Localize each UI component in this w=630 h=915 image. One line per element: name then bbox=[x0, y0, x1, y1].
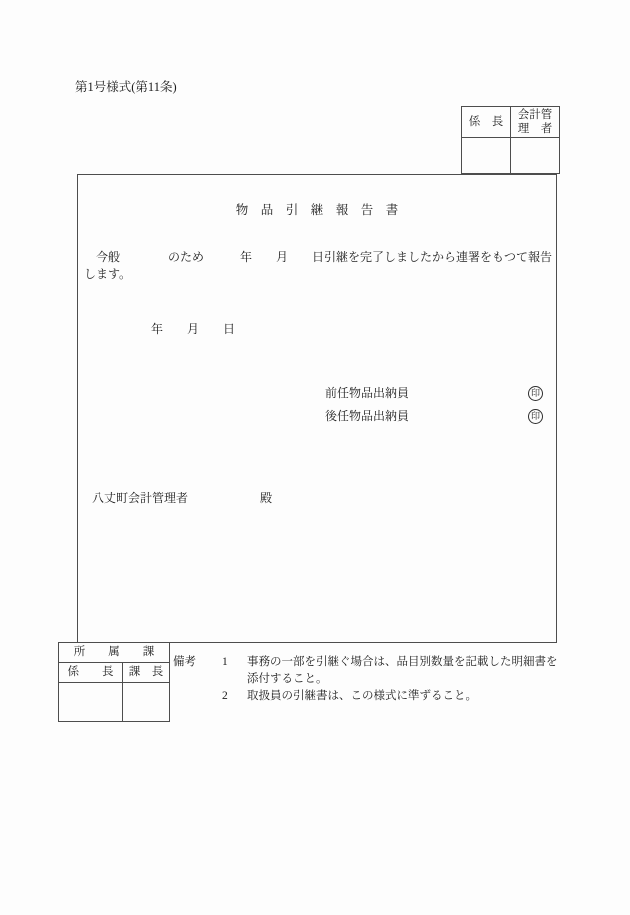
approval-stamp-cell-kakaricho bbox=[462, 138, 511, 174]
signature-row-successor: 後任物品出納員 印 bbox=[325, 409, 543, 424]
approval-header-kaikei-kanrisha: 会計管 理 者 bbox=[511, 107, 560, 138]
remark-text-1: 事務の一部を引継ぐ場合は、品目別数量を記載した明細書を 添付すること。 bbox=[247, 654, 558, 688]
document-title: 物 品 引 継 報 告 書 bbox=[77, 203, 557, 218]
remark-text-2: 取扱員の引継書は、この様式に準ずること。 bbox=[247, 688, 558, 705]
remark-item-1: 1 事務の一部を引継ぐ場合は、品目別数量を記載した明細書を 添付すること。 bbox=[222, 654, 558, 688]
seal-character: 印 bbox=[531, 412, 540, 421]
section-stamp-cell-kacho bbox=[123, 683, 170, 722]
approval-stamp-cell-kaikei-kanrisha bbox=[511, 138, 560, 174]
approval-stamp-table: 係 長 会計管 理 者 bbox=[461, 106, 560, 174]
remarks-block: 備考 1 事務の一部を引継ぐ場合は、品目別数量を記載した明細書を 添付すること。… bbox=[173, 654, 583, 705]
section-header-shozoku-ka: 所 属 課 bbox=[59, 643, 170, 663]
body-paragraph: 今般 のため 年 月 日引継を完了しましたから連署をもつて報告 します。 bbox=[84, 249, 560, 283]
remarks-items: 1 事務の一部を引継ぐ場合は、品目別数量を記載した明細書を 添付すること。 2 … bbox=[222, 654, 558, 705]
seal-icon: 印 bbox=[528, 386, 543, 401]
section-stamp-cell-kakaricho bbox=[59, 683, 123, 722]
section-cell-kacho: 課 長 bbox=[123, 663, 170, 683]
remark-number-1: 1 bbox=[222, 654, 234, 688]
remark-item-2: 2 取扱員の引継書は、この様式に準ずること。 bbox=[222, 688, 558, 705]
remark-number-2: 2 bbox=[222, 688, 234, 705]
seal-icon: 印 bbox=[528, 409, 543, 424]
section-approval-table: 所 属 課 係 長 課 長 bbox=[58, 642, 170, 722]
signature-label-successor: 後任物品出納員 bbox=[325, 409, 409, 424]
form-number-label: 第1号様式(第11条) bbox=[75, 80, 177, 94]
approval-header-kakaricho: 係 長 bbox=[462, 107, 511, 138]
signature-row-predecessor: 前任物品出納員 印 bbox=[325, 386, 543, 401]
seal-character: 印 bbox=[531, 389, 540, 398]
section-cell-kakaricho: 係 長 bbox=[59, 663, 123, 683]
addressee-line: 八丈町会計管理者 殿 bbox=[92, 491, 272, 506]
remarks-label: 備考 bbox=[173, 654, 197, 705]
signature-label-predecessor: 前任物品出納員 bbox=[325, 386, 409, 401]
date-line: 年 月 日 bbox=[151, 322, 235, 337]
document-page: 第1号様式(第11条) 係 長 会計管 理 者 物 品 引 継 報 告 書 今般… bbox=[0, 0, 630, 915]
